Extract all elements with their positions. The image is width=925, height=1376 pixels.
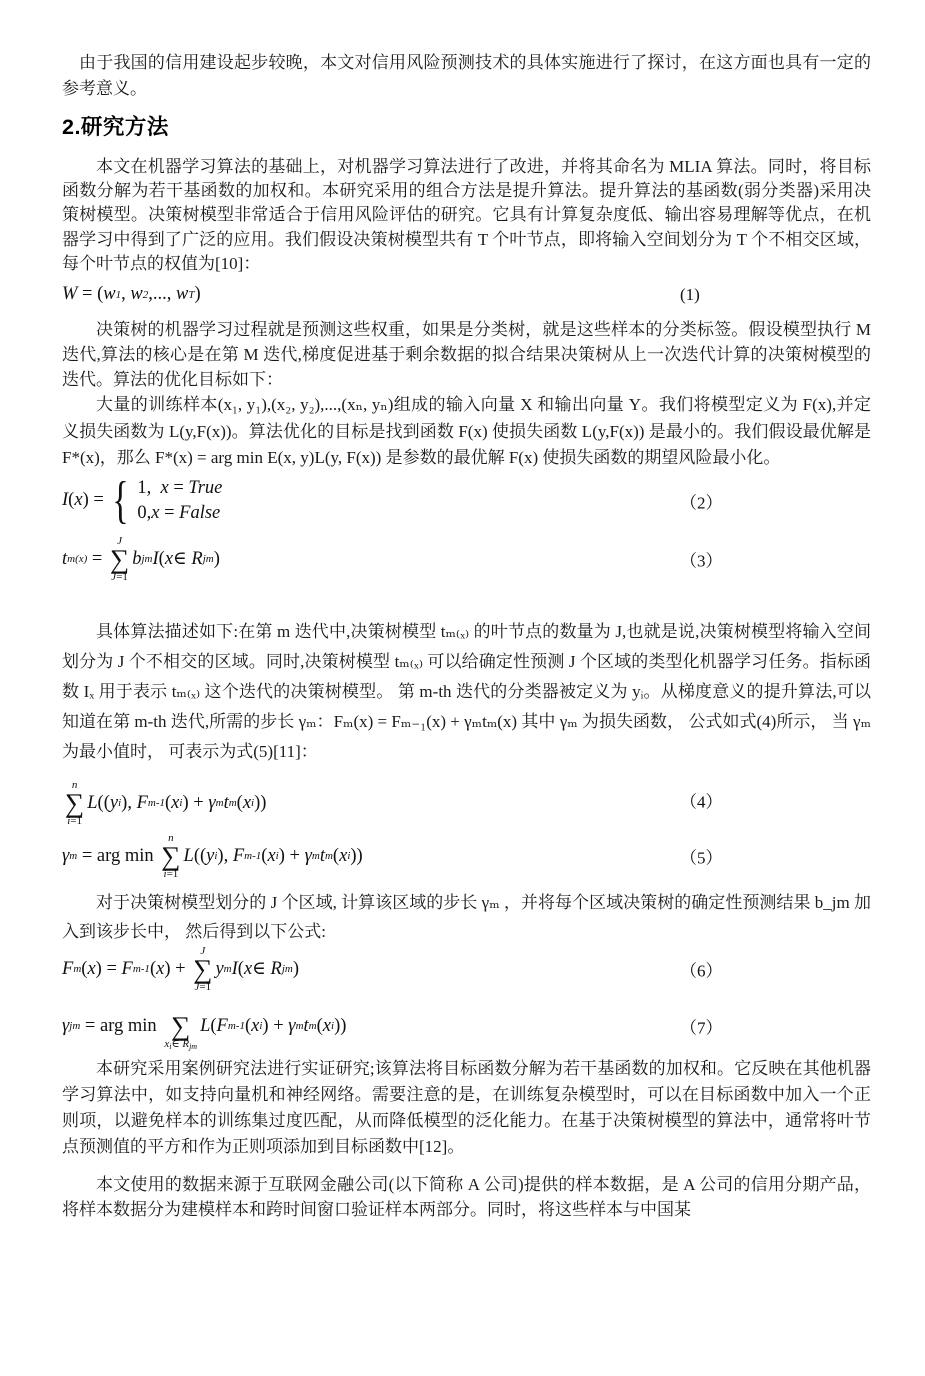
- document-page: 由于我国的信用建设起步较晚，本文对信用风险预测技术的具体实施进行了探讨，在这方面…: [0, 0, 925, 1376]
- paragraph-training-samples: 大量的训练样本(x₁, y₁),(x₂, y₂),...,(xₙ, yₙ)组成的…: [62, 392, 871, 472]
- equation-6-content: Fm(x) = Fm-1(x) + J∑J=1ymI(x∈ Rjm): [62, 946, 299, 993]
- equation-4-content: n∑i=1L((yi), Fm-1(xi) + γmtm(xi)): [62, 780, 266, 827]
- equation-1-content: W = (w1, w2,..., wT): [62, 284, 201, 305]
- paragraph-data-source: 本文使用的数据来源于互联网金融公司(以下简称 A 公司)提供的样本数据，是 A …: [62, 1172, 871, 1222]
- equation-2: I(x) = {1, x = True0,x = False （2）: [62, 478, 871, 524]
- equation-7-number: （7）: [680, 1014, 723, 1039]
- paragraph-step-length: 对于决策树模型划分的 J 个区域, 计算该区域的步长 γₘ ，并将每个区域决策树…: [62, 888, 871, 946]
- equation-3-content: tm(x) = J∑J=1bjmI(x∈ Rjm): [62, 536, 220, 583]
- paragraph-algorithm-detail: 具体算法描述如下:在第 m 迭代中,决策树模型 tₘ₍ₓ₎ 的叶节点的数量为 J…: [62, 617, 871, 767]
- equation-2-content: I(x) = {1, x = True0,x = False: [62, 478, 222, 524]
- paragraph-tree-learning: 决策树的机器学习过程就是预测这些权重，如果是分类树，就是这些样本的分类标签。假设…: [62, 317, 871, 392]
- equation-4: n∑i=1L((yi), Fm-1(xi) + γmtm(xi)) （4）: [62, 773, 871, 827]
- equation-4-number: （4）: [680, 787, 723, 812]
- equation-3: tm(x) = J∑J=1bjmI(x∈ Rjm) （3）: [62, 536, 871, 583]
- equation-1: W = (w1, w2,..., wT) (1): [62, 284, 871, 305]
- equation-7-content: γjm = arg min ∑xi∈ RjmL(Fm-1(xi) + γmtm(…: [62, 1003, 346, 1050]
- equation-6: Fm(x) = Fm-1(x) + J∑J=1ymI(x∈ Rjm) （6）: [62, 946, 871, 993]
- paragraph-methods: 本文在机器学习算法的基础上，对机器学习算法进行了改进，并将其命名为 MLIA 算…: [62, 155, 871, 276]
- equation-3-number: （3）: [680, 547, 723, 572]
- equation-1-number: (1): [680, 285, 700, 305]
- equation-5-number: （5）: [680, 844, 723, 869]
- paragraph-regularization: 本研究采用案例研究法进行实证研究;该算法将目标函数分解为若干基函数的加权和。它反…: [62, 1056, 871, 1160]
- equation-5: γm = arg min n∑i=1L((yi), Fm-1(xi) + γmt…: [62, 833, 871, 880]
- paragraph-intro: 由于我国的信用建设起步较晚，本文对信用风险预测技术的具体实施进行了探讨，在这方面…: [62, 50, 871, 102]
- section-heading: 2.研究方法: [62, 110, 871, 141]
- equation-6-number: （6）: [680, 957, 723, 982]
- equation-7: γjm = arg min ∑xi∈ RjmL(Fm-1(xi) + γmtm(…: [62, 1003, 871, 1050]
- equation-5-content: γm = arg min n∑i=1L((yi), Fm-1(xi) + γmt…: [62, 833, 363, 880]
- equation-2-number: （2）: [680, 488, 723, 513]
